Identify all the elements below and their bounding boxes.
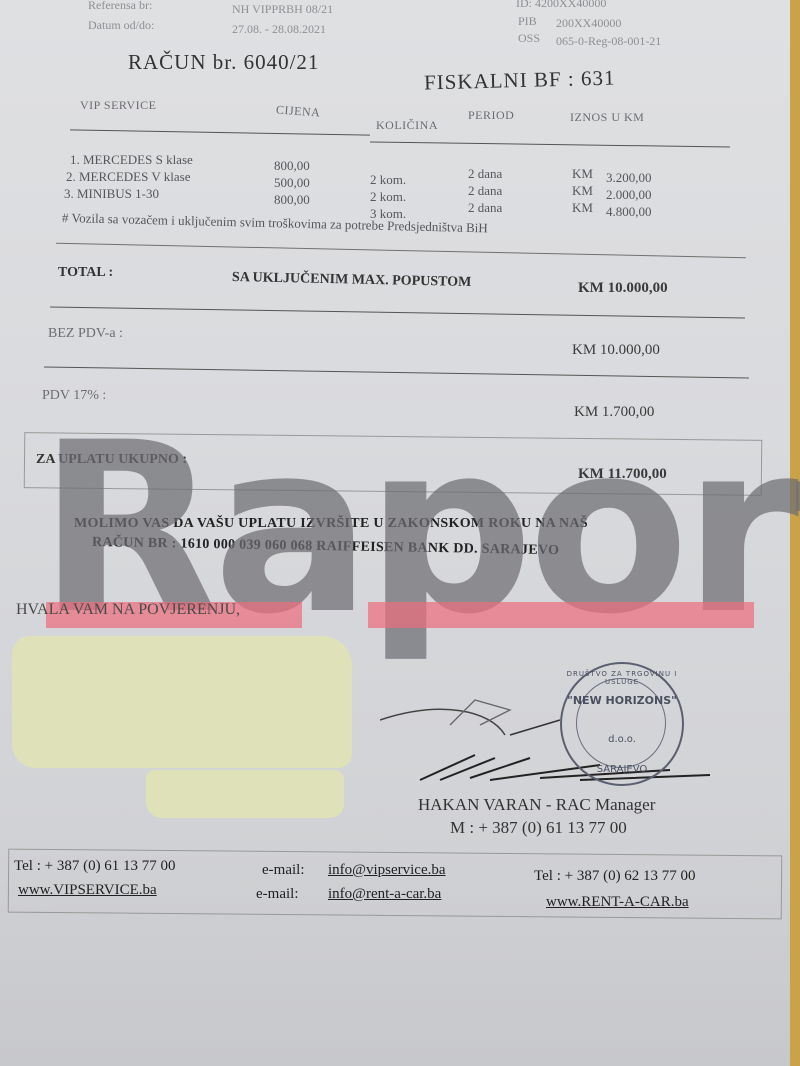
net-value: KM 10.000,00 xyxy=(572,342,660,359)
oss-label: OSS xyxy=(518,31,540,46)
pib-label: PIB xyxy=(518,14,537,29)
net-label: BEZ PDV-a : xyxy=(48,326,123,342)
divider xyxy=(56,243,746,258)
vehicle-note: # Vozila sa vozačem i uključenim svim tr… xyxy=(62,210,488,236)
footer-tel-1: Tel : + 387 (0) 61 13 77 00 xyxy=(14,858,176,875)
company-stamp: DRUŠTVO ZA TRGOVINU I USLUGE "NEW HORIZO… xyxy=(560,662,684,786)
footer-email-rentacar[interactable]: info@rent-a-car.ba xyxy=(328,886,441,903)
reference-value: NH VIPPRBH 08/21 xyxy=(232,2,333,17)
pib-value: 200XX40000 xyxy=(556,16,621,31)
footer-web-rentacar[interactable]: www.RENT-A-CAR.ba xyxy=(546,894,689,911)
redaction-paint xyxy=(146,770,344,818)
signatory-mobile: M : + 387 (0) 61 13 77 00 xyxy=(450,818,627,838)
thanks-text: HVALA VAM NA POVJERENJU, xyxy=(16,601,240,619)
divider xyxy=(370,141,730,147)
fiscal-number: FISKALNI BF : 631 xyxy=(424,65,616,95)
footer-tel-2: Tel : + 387 (0) 62 13 77 00 xyxy=(534,868,696,885)
reference-label: Referensa br: xyxy=(88,0,152,13)
col-price: CIJENA xyxy=(276,102,321,120)
invoice-title: RAČUN br. 6040/21 xyxy=(128,50,319,75)
redaction-paint xyxy=(12,636,352,768)
total-description: SA UKLJUČENIM MAX. POPUSTOM xyxy=(232,270,472,291)
highlight-bar xyxy=(368,602,754,628)
oss-value: 065-0-Reg-08-001-21 xyxy=(556,34,661,49)
footer-email-label: e-mail: xyxy=(256,886,298,903)
signatory-name: HAKAN VARAN - RAC Manager xyxy=(418,795,655,815)
total-label: TOTAL : xyxy=(58,265,113,281)
date-value: 27.08. - 28.08.2021 xyxy=(232,22,326,37)
footer-email-vipservice[interactable]: info@vipservice.ba xyxy=(328,862,446,879)
col-quantity: KOLIČINA xyxy=(376,118,438,133)
footer-web-vipservice[interactable]: www.VIPSERVICE.ba xyxy=(18,882,157,899)
header-id: ID: 4200XX40000 xyxy=(516,0,606,11)
divider xyxy=(44,366,749,378)
col-amount: IZNOS U KM xyxy=(570,110,644,125)
col-period: PERIOD xyxy=(468,108,514,123)
footer-email-label: e-mail: xyxy=(262,862,304,879)
divider xyxy=(50,307,745,319)
date-label: Datum od/do: xyxy=(88,18,154,33)
invoice-paper: Referensa br: NH VIPPRBH 08/21 Datum od/… xyxy=(0,0,790,1066)
divider xyxy=(70,129,370,135)
total-value: KM 10.000,00 xyxy=(578,280,668,297)
col-service: VIP SERVICE xyxy=(80,98,156,113)
